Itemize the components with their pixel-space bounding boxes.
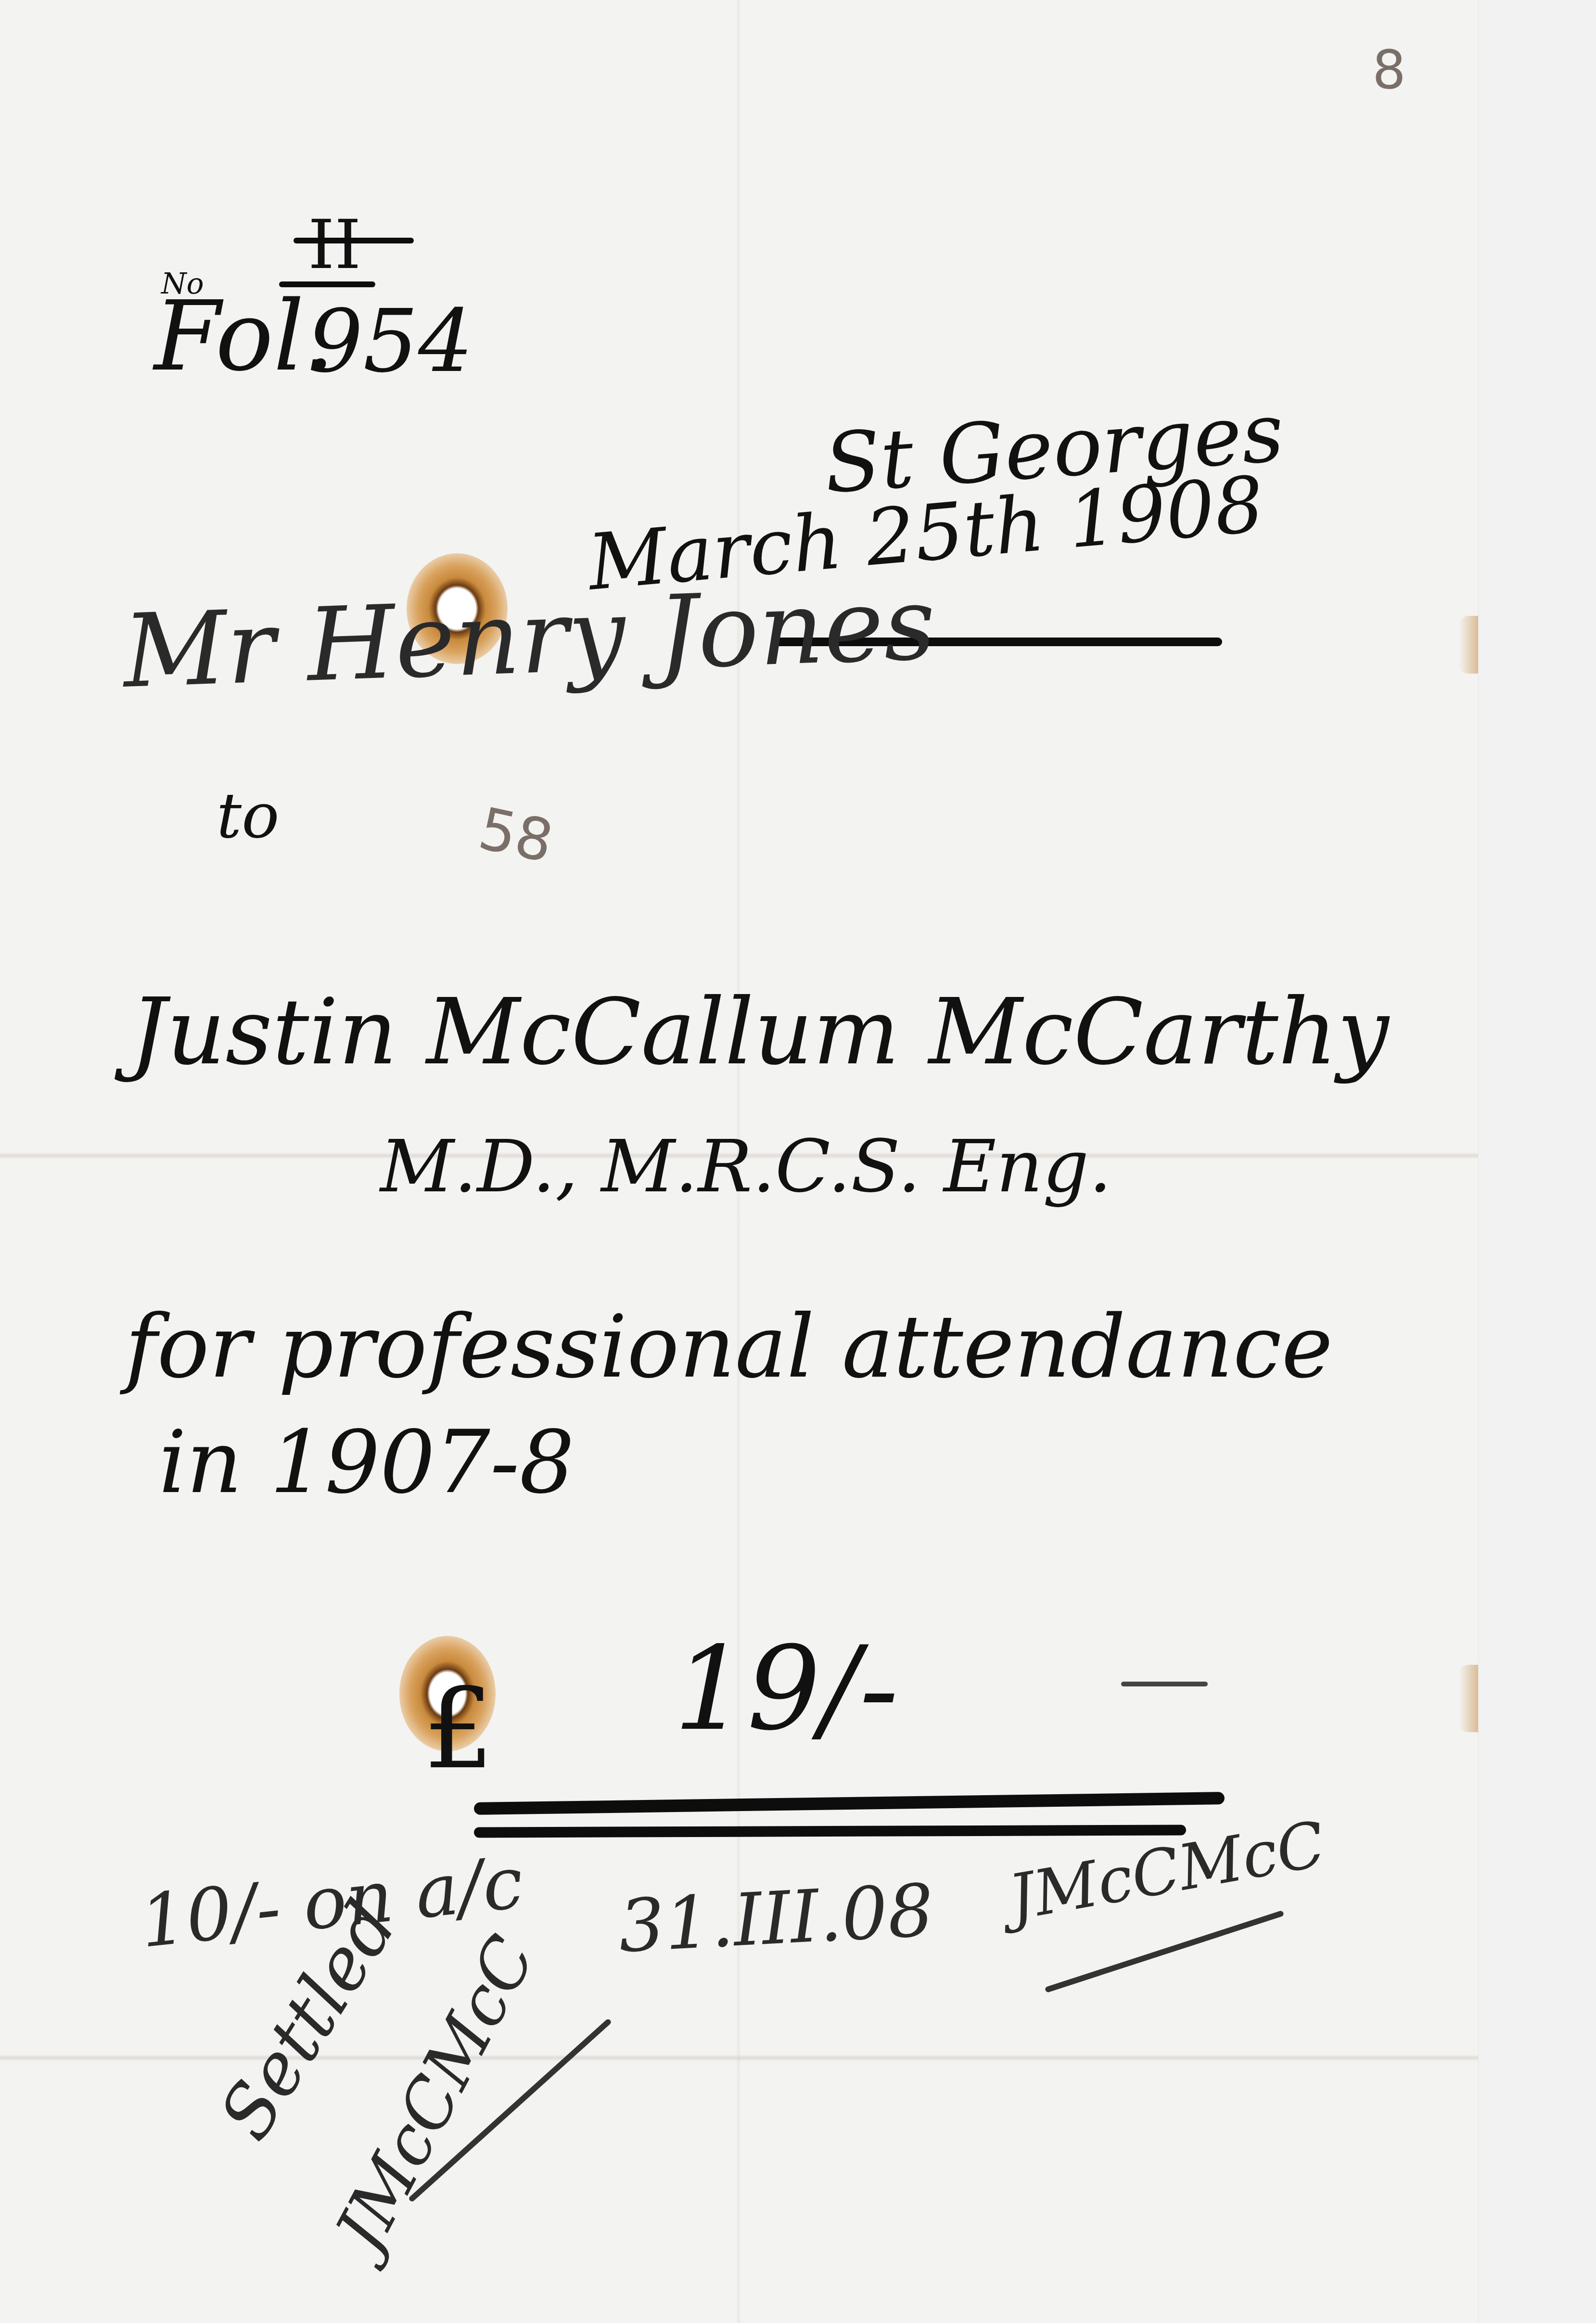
edge-stain [1459, 616, 1478, 674]
currency-symbol: £ [423, 1674, 494, 1785]
amount-value: 19/- [674, 1631, 898, 1747]
practitioner-name: Justin McCallum McCarthy [130, 986, 1389, 1078]
partial-payment-date: 31.III.08 [617, 1875, 935, 1963]
folio-number: 954 [308, 298, 473, 385]
service-period: in 1907-8 [159, 1419, 575, 1506]
volume-overline [294, 238, 414, 243]
page-number: 8 [1372, 43, 1406, 96]
addressee-pencil-note: 58 [474, 800, 558, 872]
total-underline [474, 1792, 1225, 1815]
total-underline [474, 1825, 1186, 1838]
service-description: for professional attendance [125, 1304, 1333, 1391]
folio-volume: II [308, 212, 361, 279]
scanned-document-page: 8 No Fol. II 954 St Georges March 25th 1… [0, 0, 1478, 2323]
edge-stain [1459, 1665, 1478, 1732]
addressee-name: Mr Henry Jones [122, 573, 937, 702]
practitioner-credentials: M.D., M.R.C.S. Eng. [380, 1131, 1112, 1203]
volume-underline [279, 281, 375, 287]
to-word: to [217, 784, 280, 847]
amount-dash [1121, 1682, 1208, 1686]
